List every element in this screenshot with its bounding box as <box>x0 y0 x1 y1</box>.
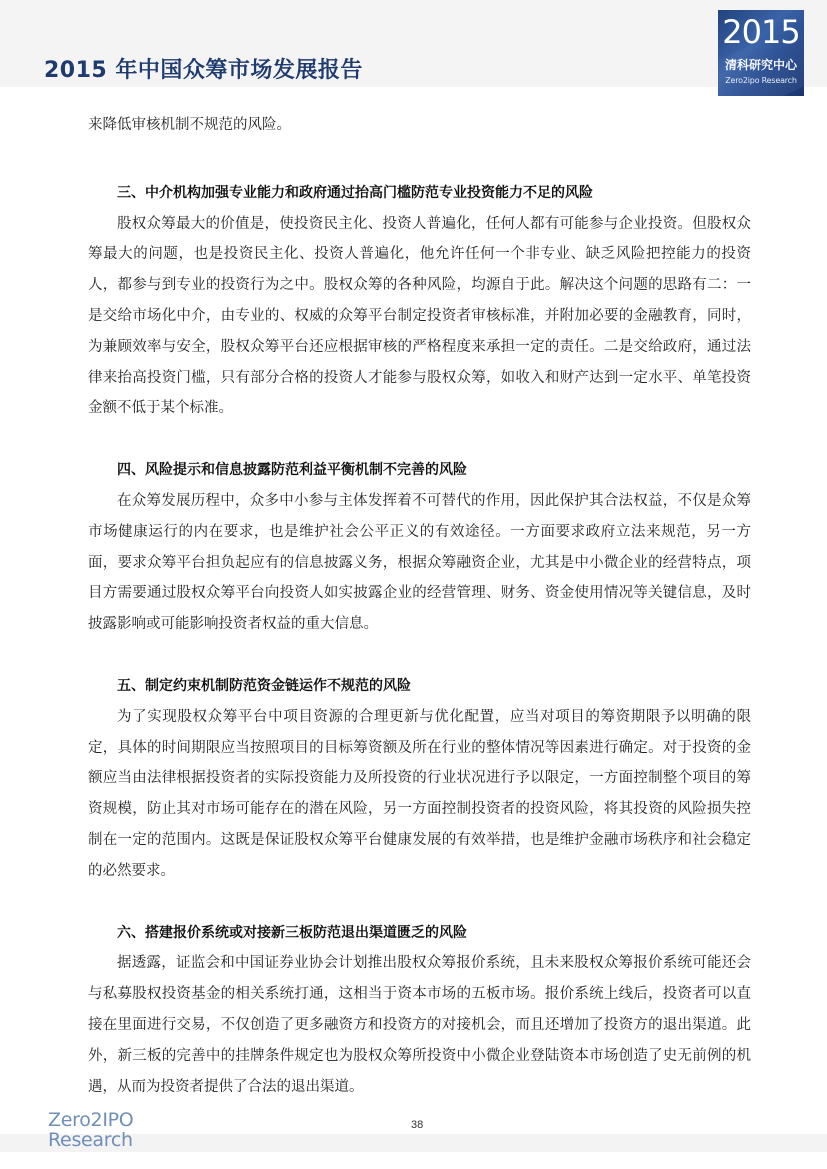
section-heading-6: 六、搭建报价系统或对接新三板防范退出渠道匮乏的风险 <box>88 918 751 949</box>
section-heading-4: 四、风险提示和信息披露防范利益平衡机制不完善的风险 <box>88 455 751 486</box>
lead-paragraph: 来降低审核机制不规范的风险。 <box>88 110 751 141</box>
page-number: 38 <box>411 1119 423 1131</box>
section-heading-3: 三、中介机构加强专业能力和政府通过抬高门槛防范专业投资能力不足的风险 <box>88 178 751 209</box>
footer-zero2ipo-logo: Zero2IPO Research <box>48 1110 133 1150</box>
logo-org-cn: 清科研究中心 <box>718 57 804 73</box>
zero2ipo-2015-logo: 2015 清科研究中心 Zero2ipo Research <box>718 10 804 96</box>
report-body: 来降低审核机制不规范的风险。 三、中介机构加强专业能力和政府通过抬高门槛防范专业… <box>88 110 751 1102</box>
footer-logo-line2: Research <box>48 1130 133 1150</box>
logo-year: 2015 <box>718 12 804 52</box>
report-title: 2015 年中国众筹市场发展报告 <box>44 53 363 84</box>
section-paragraph-5: 为了实现股权众筹平台中项目资源的合理更新与优化配置，应当对项目的筹资期限予以明确… <box>88 702 751 887</box>
footer-logo-line1: Zero2IPO <box>48 1110 133 1130</box>
section-paragraph-6: 据透露，证监会和中国证券业协会计划推出股权众筹报价系统，且未来股权众筹报价系统可… <box>88 948 751 1102</box>
section-paragraph-4: 在众筹发展历程中，众多中小参与主体发挥着不可替代的作用，因此保护其合法权益，不仅… <box>88 486 751 640</box>
section-heading-5: 五、制定约束机制防范资金链运作不规范的风险 <box>88 671 751 702</box>
logo-org-en: Zero2ipo Research <box>718 75 804 87</box>
section-paragraph-3: 股权众筹最大的价值是，使投资民主化、投资人普遍化，任何人都有可能参与企业投资。但… <box>88 209 751 425</box>
